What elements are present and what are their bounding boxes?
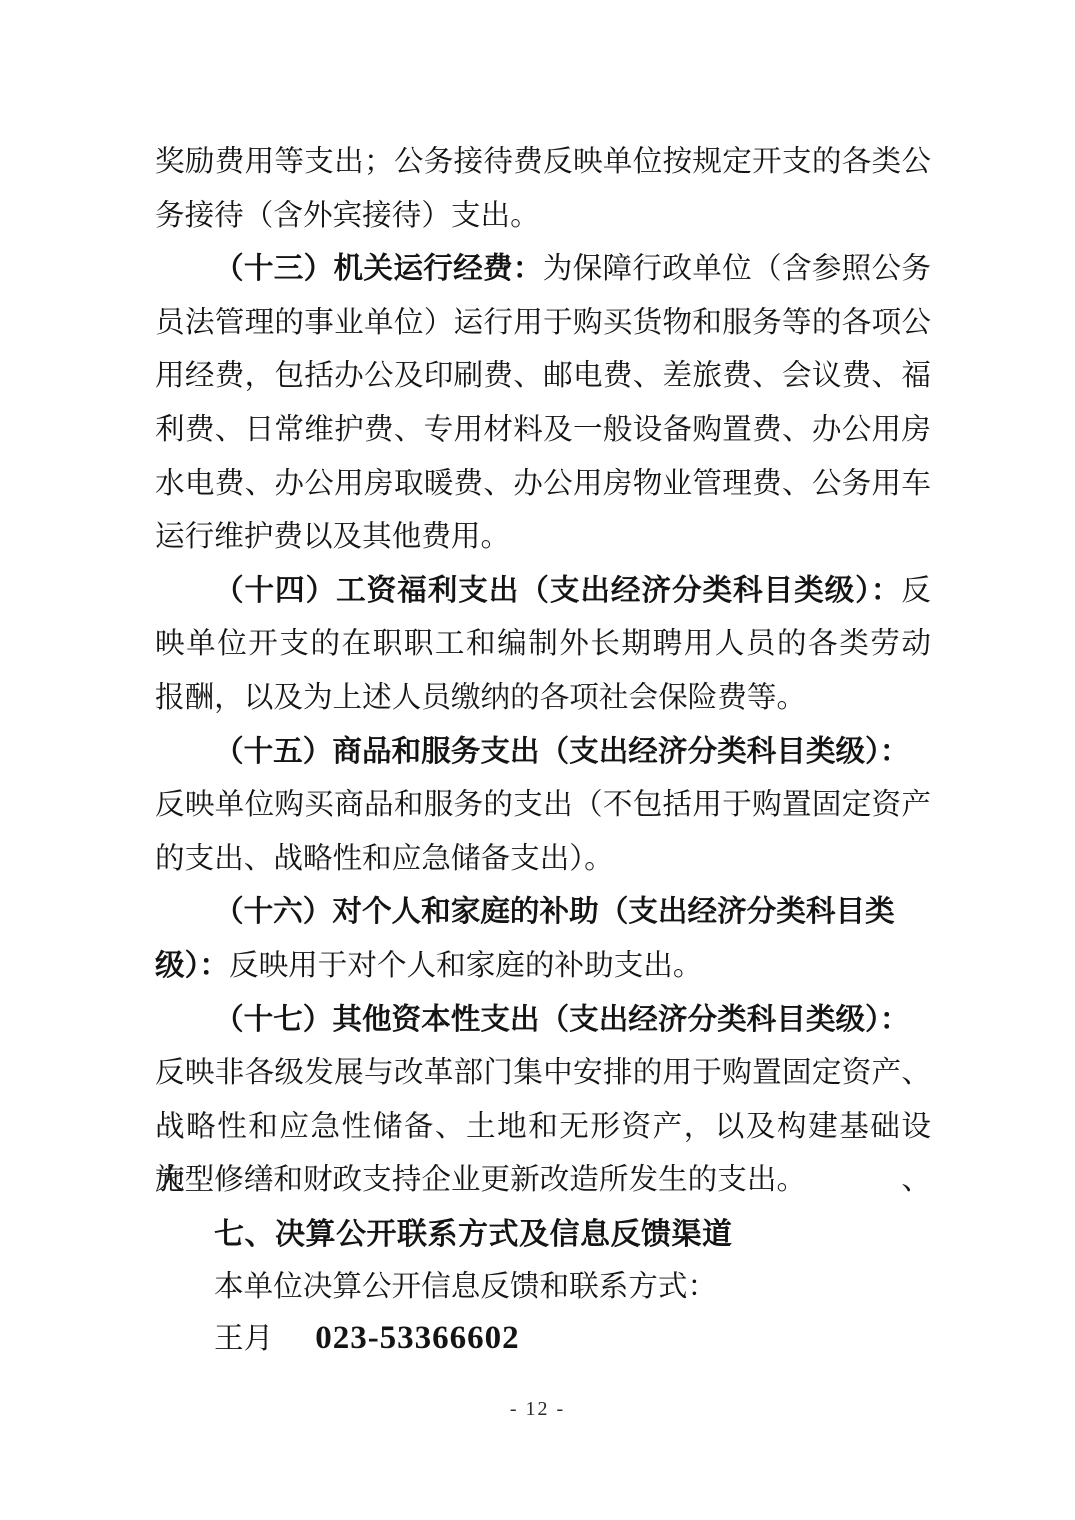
text-segment: 本单位决算公开信息反馈和联系方式：: [214, 1271, 717, 1303]
para-17-line-3: 战略性和应急性储备、土地和无形资产，以及构建基础设施、: [155, 1101, 931, 1155]
text-segment: （十六）对个人和家庭的补助（支出经济分类科目类: [214, 896, 895, 928]
text-segment: 反映用于对个人和家庭的补助支出。: [229, 950, 703, 982]
para-17-line-1: （十七）其他资本性支出（支出经济分类科目类级）：: [155, 994, 931, 1048]
text-segment: 反: [901, 575, 931, 607]
para-16-line-1: （十六）对个人和家庭的补助（支出经济分类科目类: [155, 886, 931, 940]
text-segment: 的支出、战略性和应急储备支出）。: [155, 843, 614, 875]
text-segment: 反映非各级发展与改革部门集中安排的用于购置固定资产、: [155, 1057, 931, 1089]
text-segment: 为保障行政单位（含参照公务: [543, 253, 931, 285]
contact-intro-line: 本单位决算公开信息反馈和联系方式：: [155, 1261, 931, 1315]
text-segment: 报酬，以及为上述人员缴纳的各项社会保险费等。: [155, 682, 806, 714]
text-segment: 级）：: [155, 950, 229, 982]
para-13-line-6: 运行维护费以及其他费用。: [155, 511, 931, 565]
text-segment: （十七）其他资本性支出（支出经济分类科目类级）：: [214, 1004, 909, 1036]
text-segment: 利费、日常维护费、专用材料及一般设备购置费、办公用房: [155, 414, 931, 446]
section-7-heading: 七、决算公开联系方式及信息反馈渠道: [155, 1208, 931, 1262]
para-14-line-2: 映单位开支的在职职工和编制外长期聘用人员的各类劳动: [155, 618, 931, 672]
text-segment: （十四）工资福利支出（支出经济分类科目类级）：: [214, 575, 901, 607]
para-13-line-1: （十三）机关运行经费：为保障行政单位（含参照公务: [155, 243, 931, 297]
text-segment: （十五）商品和服务支出（支出经济分类科目类级）：: [214, 736, 909, 768]
para-prev-line-1: 奖励费用等支出；公务接待费反映单位按规定开支的各类公: [155, 136, 931, 190]
para-16-line-2: 级）：反映用于对个人和家庭的补助支出。: [155, 940, 931, 994]
text-segment: 务接待（含外宾接待）支出。: [155, 200, 540, 232]
para-13-line-3: 用经费，包括办公及印刷费、邮电费、差旅费、会议费、福: [155, 350, 931, 404]
document-page: 奖励费用等支出；公务接待费反映单位按规定开支的各类公务接待（含外宾接待）支出。（…: [0, 0, 1075, 1520]
text-segment: 员法管理的事业单位）运行用于购买货物和服务等的各项公: [155, 307, 931, 339]
para-prev-line-2: 务接待（含外宾接待）支出。: [155, 190, 931, 244]
contact-line: 王月023-53366602: [155, 1312, 931, 1366]
text-segment: 大型修缮和财政支持企业更新改造所发生的支出。: [155, 1164, 806, 1196]
para-13-line-4: 利费、日常维护费、专用材料及一般设备购置费、办公用房: [155, 404, 931, 458]
text-segment: 七、决算公开联系方式及信息反馈渠道: [214, 1218, 733, 1251]
text-segment: 反映单位购买商品和服务的支出（不包括用于购置固定资产: [155, 789, 931, 821]
para-14-line-1: （十四）工资福利支出（支出经济分类科目类级）：反: [155, 565, 931, 619]
contact-block: 王月023-53366602: [155, 1312, 931, 1366]
para-13-line-5: 水电费、办公用房取暖费、办公用房物业管理费、公务用车: [155, 458, 931, 512]
text-segment: 用经费，包括办公及印刷费、邮电费、差旅费、会议费、福: [155, 360, 931, 392]
contact-person-name: 王月: [214, 1323, 273, 1355]
text-segment: 运行维护费以及其他费用。: [155, 521, 510, 553]
para-15-line-2: 反映单位购买商品和服务的支出（不包括用于购置固定资产: [155, 779, 931, 833]
para-13-line-2: 员法管理的事业单位）运行用于购买货物和服务等的各项公: [155, 297, 931, 351]
para-14-line-3: 报酬，以及为上述人员缴纳的各项社会保险费等。: [155, 672, 931, 726]
text-segment: （十三）机关运行经费：: [214, 253, 543, 285]
text-segment: 奖励费用等支出；公务接待费反映单位按规定开支的各类公: [155, 146, 931, 178]
page-number: - 12 -: [0, 1398, 1075, 1421]
text-segment: 映单位开支的在职职工和编制外长期聘用人员的各类劳动: [155, 628, 931, 660]
para-15-line-3: 的支出、战略性和应急储备支出）。: [155, 833, 931, 887]
text-segment: 水电费、办公用房取暖费、办公用房物业管理费、公务用车: [155, 468, 931, 500]
para-15-line-1: （十五）商品和服务支出（支出经济分类科目类级）：: [155, 726, 931, 780]
document-body: 奖励费用等支出；公务接待费反映单位按规定开支的各类公务接待（含外宾接待）支出。（…: [155, 136, 931, 1315]
contact-phone-number: 023-53366602: [315, 1320, 520, 1356]
para-17-line-2: 反映非各级发展与改革部门集中安排的用于购置固定资产、: [155, 1047, 931, 1101]
